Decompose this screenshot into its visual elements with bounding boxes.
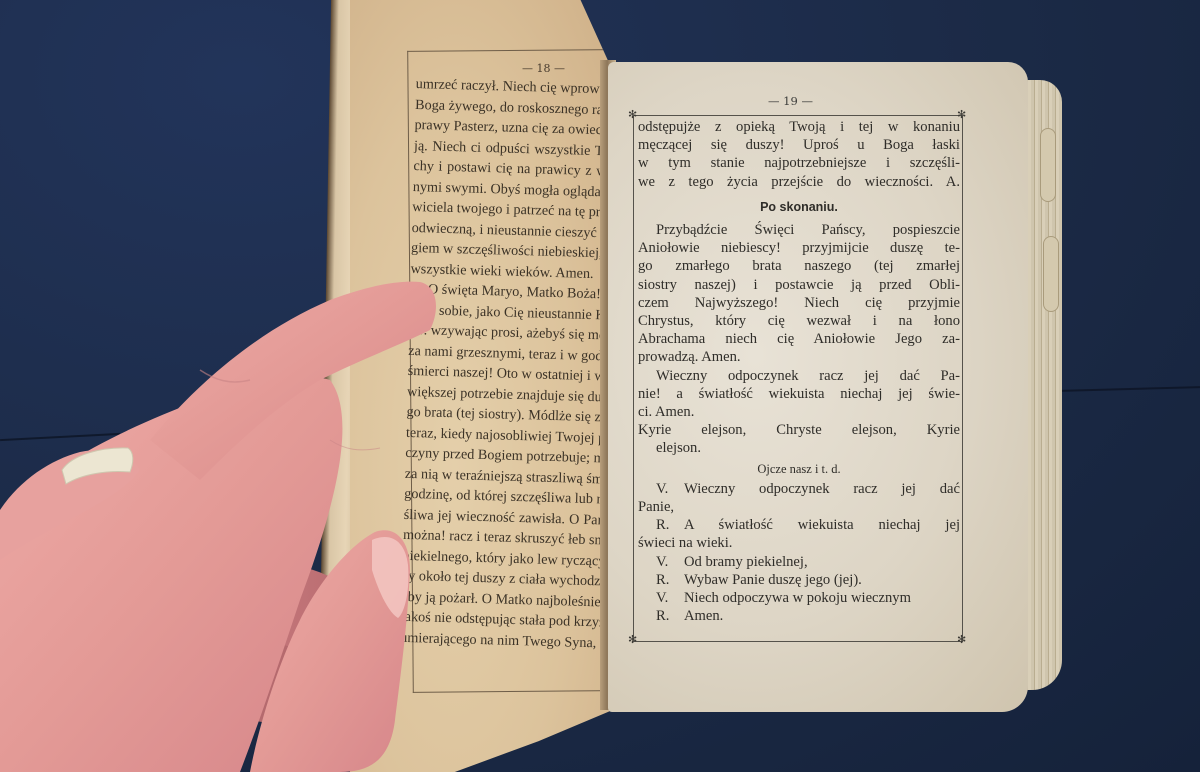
table-crack [1060,386,1200,392]
corner-ornament-icon: ✻ [628,635,637,644]
versicle-text: Amen. [684,608,723,624]
text-line: odstępujże z opieką Twoją i tej w konani… [638,118,960,136]
versicle-mark: R. [656,516,684,534]
text-line: go zmarłego brata naszego (tej zmarłej [638,257,960,275]
text-line: siostry naszej) i postawcie ją przed Obl… [638,276,960,294]
page-tab [1040,128,1056,202]
left-page-number: — 18 — [522,62,565,75]
versicle-line: R.A światłość wiekuista niechaj jej [638,516,960,534]
right-page-text: odstępujże z opieką Twoją i tej w konani… [638,118,960,625]
corner-ornament-icon: ✻ [957,635,966,644]
text-line: prowadzą. Amen. [638,348,960,366]
versicle-line: R.Wybaw Panie duszę jego (jej). [638,571,960,589]
right-page[interactable]: — 19 — ✻ ✻ ✻ ✻ odstępujże z opieką Twoją… [608,62,1028,712]
versicle-cont: świeci na wieki. [638,534,960,552]
text-line: Aniołowie niebiescy! przyjmijcie duszę t… [638,239,960,257]
text-line: męczącej się duszy! Uproś u Boga łaski [638,136,960,154]
ring [62,448,133,484]
left-page-text: umrzeć raczył. Niech cię wprowadzi Boga … [400,74,621,654]
versicle-text: Niech odpoczywa w pokoju wiecznym [684,590,911,606]
versicle-line: V.Od bramy piekielnej, [638,553,960,571]
versicle-text: Od bramy piekielnej, [684,554,808,570]
text-line: Kyrie elejson, Chryste elejson, Kyrie [638,421,960,439]
page-tab [1043,236,1059,312]
versicle-line: V.Niech odpoczywa w pokoju wiecznym [638,589,960,607]
text-line: Przybądźcie Święci Pańscy, pospieszcie [638,221,960,239]
versicle-cont: Panie, [638,498,960,516]
versicle-mark: V. [656,553,684,571]
text-line: Wieczny odpoczynek racz jej dać Pa- [638,367,960,385]
ring-finger-back [230,640,345,724]
versicle-mark: R. [656,571,684,589]
text-line: w tym stanie najpotrzebniejsze i szczęśl… [638,154,960,172]
versicle-mark: R. [656,607,684,625]
section-heading: Po skonaniu. [638,198,960,216]
text-line: Abrachama niech cię Aniołowie Jego za- [638,330,960,348]
text-line: we z tego życia przejście do wieczności.… [638,173,960,191]
versicle-mark: V. [656,589,684,607]
text-line: elejson. [638,439,960,457]
text-line: czem Najwyższego! Niech cię przyjmie [638,294,960,312]
text-line: nie! a światłość wiekuista niechaj jej ś… [638,385,960,403]
versicle-mark: V. [656,480,684,498]
photo-scene: — 18 — umrzeć raczył. Niech cię wprowadz… [0,0,1200,772]
right-page-number: — 19 — [768,94,813,108]
versicle-text: Wybaw Panie duszę jego (jej). [684,572,862,588]
text-line: Chrystus, który cię wezwał i na łono [638,312,960,330]
table-crack [0,433,120,441]
text-line: ci. Amen. [638,403,960,421]
left-page[interactable]: — 18 — umrzeć raczył. Niech cię wprowadz… [350,0,612,772]
versicle-text: A światłość wiekuista niechaj jej [684,517,960,533]
versicle-line: V.Wieczny odpoczynek racz jej dać [638,480,960,498]
versicle-text: Wieczny odpoczynek racz jej dać [684,481,960,497]
versicle-line: R.Amen. [638,607,960,625]
little-finger [0,450,140,560]
corner-ornament-icon: ✻ [628,110,637,119]
ojcze-nasz-line: Ojcze nasz i t. d. [638,460,960,478]
